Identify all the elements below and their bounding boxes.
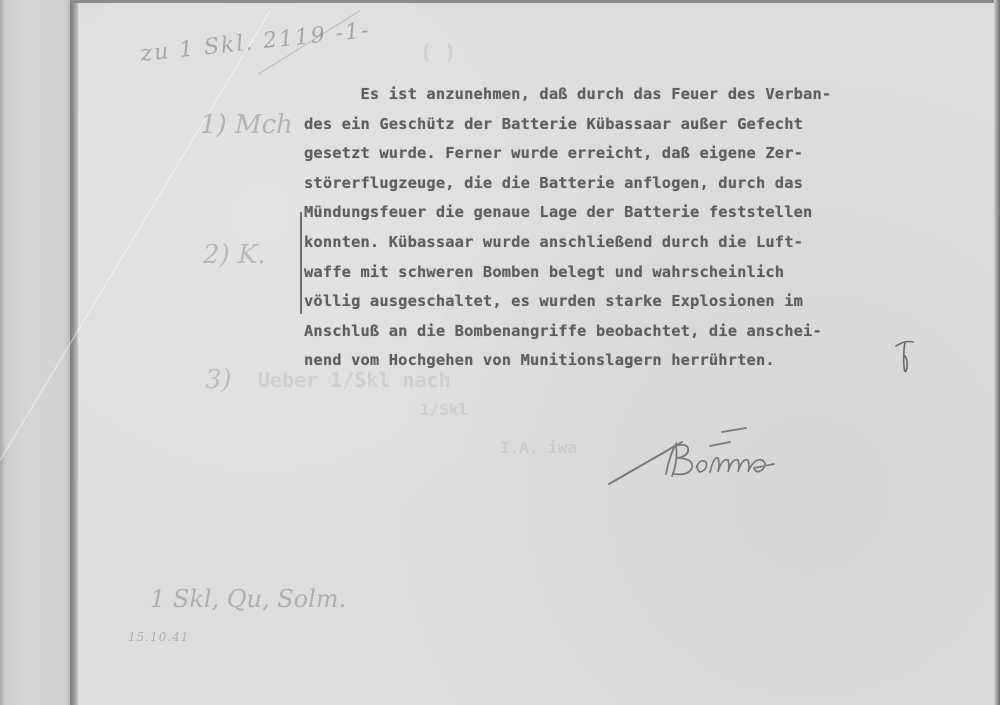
pencil-footer-note: 1 Skl, Qu, Solm. <box>150 585 346 613</box>
bleed-through-line: I.A. iwa <box>500 438 577 457</box>
pencil-margin-item-1: 1) Mch <box>200 110 293 140</box>
pencil-footer-date: 15.10.41 <box>128 630 189 644</box>
bleed-through-header: ( ) <box>420 40 456 64</box>
pencil-margin-item-3: 3) <box>205 365 232 395</box>
bleed-through-line: 1/Skl <box>420 400 468 419</box>
pencil-check-mark-icon <box>893 338 917 378</box>
margin-marker-line <box>300 212 302 314</box>
handwritten-signature: Böhme <box>604 412 804 492</box>
page-left-edge <box>70 0 78 705</box>
page-right-edge <box>994 0 1000 705</box>
pencil-margin-item-2: 2) K. <box>203 240 266 270</box>
typewritten-paragraph: Es ist anzunehmen, daß durch das Feuer d… <box>304 80 964 376</box>
scan-backing <box>0 0 70 705</box>
page-top-edge <box>70 0 1000 3</box>
